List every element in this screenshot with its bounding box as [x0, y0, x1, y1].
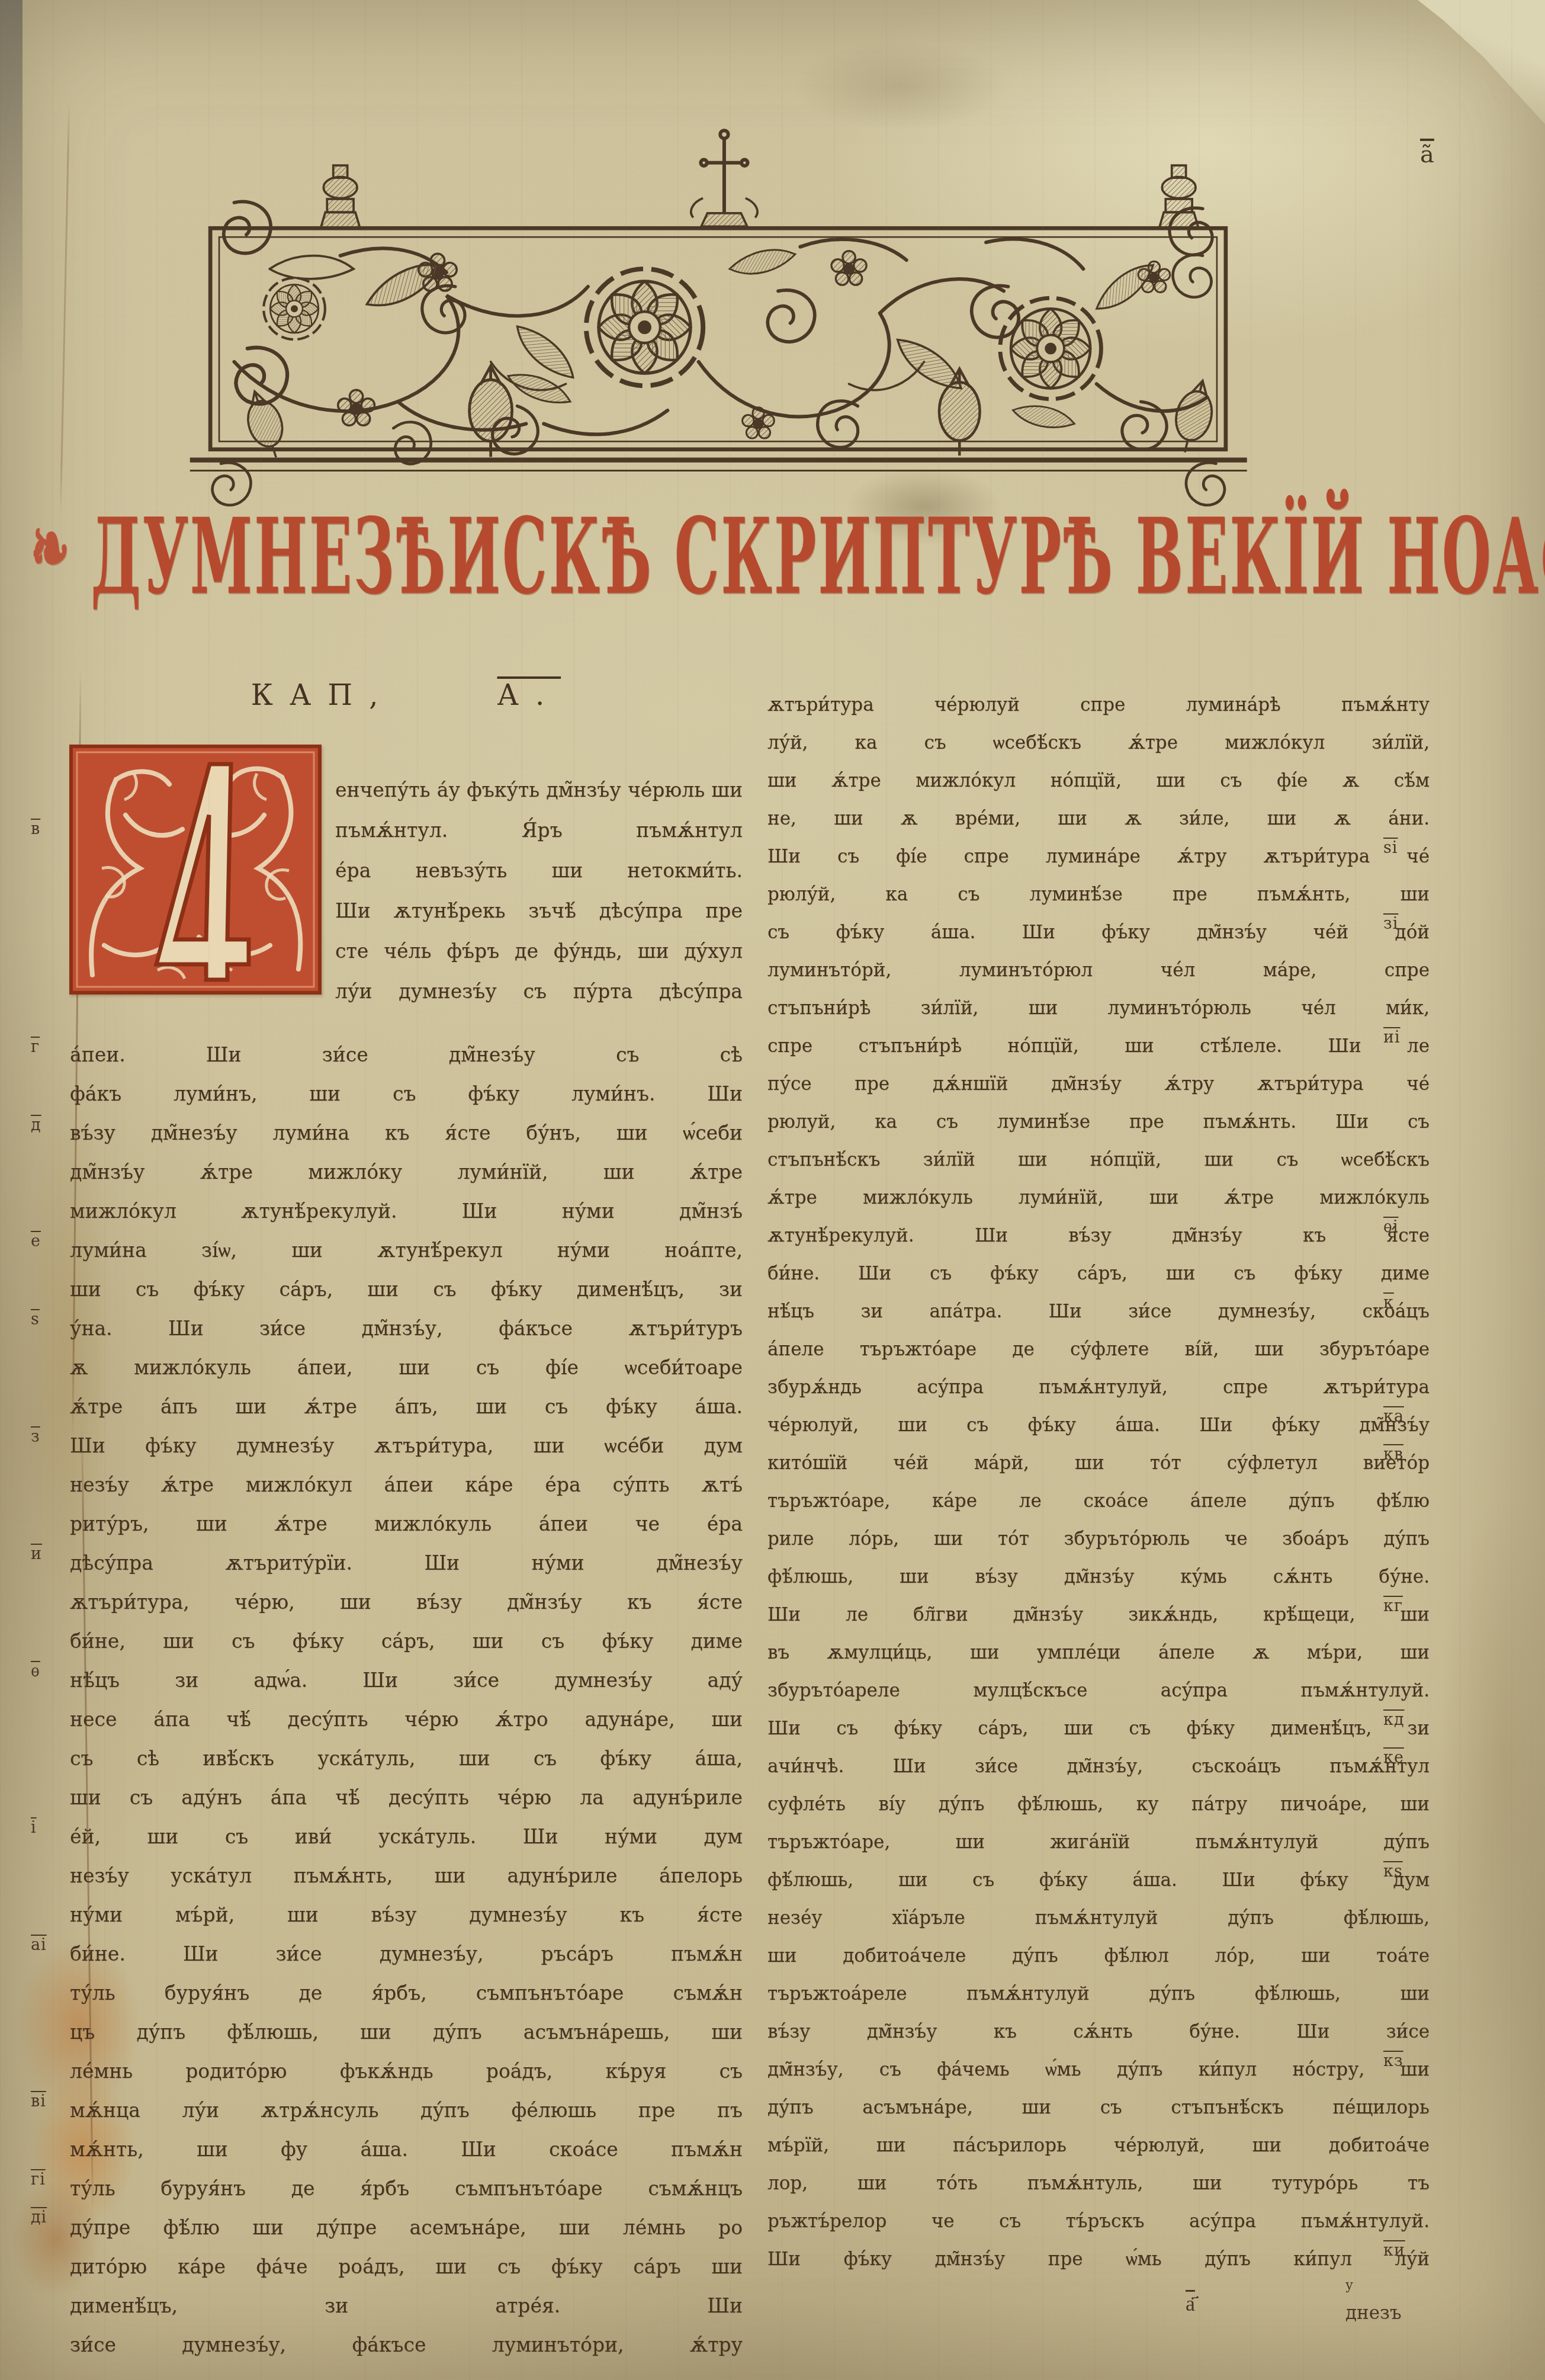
text-line: дито́рю ка́ре фа́че роа́дъ, ши съ фъ́ку … [70, 2247, 743, 2286]
verse-number: кз [1383, 2052, 1403, 2070]
left-column-indent-lines: енчепу́ть а́у фъку́ть дм̃нзъ́у че́рюль ш… [335, 770, 743, 1012]
verse-number: аі [31, 1936, 47, 1954]
text-line: ѫ мижло́куль а́пеи, ши съ фі́е ѡсеби́тоа… [70, 1348, 743, 1387]
verse-number: д [31, 1116, 41, 1134]
text-line: фѣ́люшь, ши въ́зу дм̃нзъ́у ку́мь сѫ́нть … [767, 1558, 1430, 1596]
text-line: мѫ́нть, ши фу а́ша. Ши скоа́се пъмѫ́н [70, 2130, 743, 2169]
verse-number: ді [31, 2208, 47, 2227]
text-line: търъжто́аре, ши жига́нїй пъмѫ́нтулуй ду́… [767, 1823, 1430, 1861]
text-line: фа́къ луми́нъ, ши съ фъ́ку луми́нъ. Ши [70, 1074, 743, 1114]
text-line: ѫтъри́тура, че́рю, ши въ́зу дм̃нзъ́у къ … [70, 1583, 743, 1622]
text-line: збуръто́ареле мулцѣ́скъсе асу́пра пъмѫ́н… [767, 1672, 1430, 1709]
verse-number: кг [1383, 1597, 1403, 1615]
text-line: незъ́у ѫ́тре мижло́кул а́пеи ка́ре е́ра … [70, 1465, 743, 1505]
verse-number: к [1383, 1294, 1394, 1312]
verse-number: е [31, 1232, 41, 1250]
text-line: у́на. Ши зи́се дм̃нзъ́у, фа́късе ѫтъри́т… [70, 1309, 743, 1348]
text-line: мѫ́нца лу́и ѫтрѫ́нсуль ду́пъ фе́люшь пре… [70, 2091, 743, 2130]
text-line: ѫтъри́тура че́рюлуй спре лумина́рѣ пъмѫ́… [767, 686, 1430, 724]
text-line: Ши съ фъ́ку са́ръ, ши съ фъ́ку дименѣ́цъ… [767, 1709, 1430, 1747]
text-line: риле ло́рь, ши то́т збуръто́рюль че збоа… [767, 1520, 1430, 1558]
text-line: Ши ѫтунѣ́рекь зъчѣ́ дѣсу́пра пре [335, 891, 743, 931]
text-line: а́пеи. Ши зи́се дм̃незъ́у съ сѣ [70, 1035, 743, 1074]
text-line: ѫ́тре а́пъ ши ѫ́тре а́пъ, ши съ фъ́ку а́… [70, 1387, 743, 1426]
cross-finial-icon [691, 130, 757, 226]
text-line: ту́ль буруя́нъ де я́рбъ съмпънъто́аре съ… [70, 2169, 743, 2208]
text-line: дименѣ́цъ, зи атре́я. Ши [70, 2286, 743, 2326]
text-line: въ́зу дм̃незъ́у луми́на къ я́сте бу́нъ, … [70, 1114, 743, 1153]
text-line: търъжто́аре, ка́ре ле скоа́се а́пеле ду́… [767, 1482, 1430, 1520]
verse-number: кв [1383, 1445, 1403, 1464]
text-line: збурѫ́ндь асу́пра пъмѫ́нтулуй, спре ѫтър… [767, 1368, 1430, 1406]
text-line: ачи́нчѣ. Ши зи́се дм̃нзъ́у, съскоа́цъ пъ… [767, 1747, 1430, 1785]
text-line: съ фъ́ку а́ша. Ши фъ́ку дм̃нзъ́у че́й до… [767, 913, 1430, 951]
text-line: Ши фъ́ку думнезъ́у ѫтъри́тура, ши ѡсе́би… [70, 1426, 743, 1465]
text-line: нѣ́цъ зи адѡ́а. Ши зи́се думнезъ́у аду́ [70, 1661, 743, 1700]
text-line: Ши ле бл̃гви дм̃нзъ́у зикѫ́ндь, крѣ́щеци… [767, 1596, 1430, 1634]
quire-signature: а҃ [1186, 2291, 1195, 2316]
verse-number: кѕ [1383, 1862, 1403, 1881]
text-line: луми́на зі́ѡ, ши ѫтунѣ́рекул ну́ми ноа́п… [70, 1231, 743, 1270]
verse-number: ки [1383, 2241, 1405, 2260]
text-line: ду́пъ асъмъна́ре, ши съ стъпънѣ́скъ пе́щ… [767, 2089, 1430, 2126]
text-line: ту́ль буруя́нъ де я́рбъ, съмпънъто́аре с… [70, 1974, 743, 2013]
text-line: кито́шїй че́й ма́рй, ши то́т су́флетул в… [767, 1444, 1430, 1482]
text-line: ши добитоа́челе ду́пъ фѣ́люл ло́р, ши то… [767, 1937, 1430, 1975]
text-line: търъжтоа́реле пъмѫ́нтулуй ду́пъ фѣ́люшь,… [767, 1975, 1430, 2013]
text-line: пу́се пре дѫ́ншїй дм̃нзъ́у ѫ́тру ѫтъри́т… [767, 1065, 1430, 1103]
text-line: зи́се думнезъ́у, фа́късе луминъто́ри, ѫ́… [70, 2326, 743, 2365]
text-line: лор, ши то́ть пъмѫ́нтуль, ши тутуро́рь т… [767, 2164, 1430, 2202]
rosette-icon [1000, 298, 1101, 399]
text-line: незе́у хїа́ръле пъмѫ́нтулуй ду́пъ фѣ́люш… [767, 1899, 1430, 1937]
text-line: ѫ́тре мижло́куль луми́нїй, ши ѫ́тре мижл… [767, 1179, 1430, 1217]
text-line: ши ѫ́тре мижло́кул но́пцїй, ши съ фі́е ѫ… [767, 762, 1430, 800]
verse-number: ѕ [31, 1310, 40, 1329]
verse-number: г [31, 1038, 40, 1056]
headpiece-woodcut-icon [34, 127, 1403, 477]
text-line: лу́и думнезъ́у съ пу́рта дѣсу́пра [335, 971, 743, 1012]
book-page: а̃ ❧ ДУМНЕЗѢИСКѢ СКРИПТУРѢ ВЕКЇЙ НОАѠѪ Ф… [0, 0, 1545, 2380]
text-line: ши съ аду́нъ а́па чѣ́ десу́пть че́рю ла … [70, 1778, 743, 1817]
verse-number: иі [1383, 1028, 1401, 1047]
text-line: рюлу́й, ка съ луминѣ́зе пре пъмѫ́нть, ши [767, 875, 1430, 913]
text-line: мижло́кул ѫтунѣ́рекулуй. Ши ну́ми дм̃нзъ… [70, 1192, 743, 1231]
text-line: е́й, ши съ иви́ уска́туль. Ши ну́ми дум [70, 1817, 743, 1856]
text-line: е́ра невъзу́ть ши нетокми́ть. [335, 851, 743, 891]
verse-number: ві [31, 2092, 46, 2110]
chapter-number: А. [497, 679, 561, 712]
text-line: сте че́ль фъ́ръ де фу́ндь, ши ду́хул [335, 931, 743, 971]
rosette-icon [586, 269, 703, 386]
text-line: несе а́па чѣ́ десу́пть че́рю ѫ́тро адуна… [70, 1700, 743, 1739]
text-line: суфле́ть ві́у ду́пъ фѣ́люшь, ку па́тру п… [767, 1785, 1430, 1823]
text-line: въ ѫмулци́ць, ши умпле́ци а́пеле ѫ мъ́ри… [767, 1634, 1430, 1672]
text-line: ши съ фъ́ку са́ръ, ши съ фъ́ку дименѣ́цъ… [70, 1270, 743, 1309]
title-text: ДУМНЕЗѢИСКѢ СКРИПТУРѢ ВЕКЇЙ НОАѠѪ ФАЧЕРѢ [91, 496, 1545, 618]
text-line: че́рюлуй, ши съ фъ́ку а́ша. Ши фъ́ку дм̃… [767, 1406, 1430, 1444]
text-line: въ́зу дм̃нзъ́у къ сѫ́нть бу́не. Ши зи́се [767, 2013, 1430, 2051]
thistle-icon [1168, 377, 1219, 457]
book-title: ❧ ДУМНЕЗѢИСКѢ СКРИПТУРѢ ВЕКЇЙ НОАѠѪ ФАЧЕ… [31, 496, 1514, 618]
text-line: би́не. Ши зи́се думнезъ́у, ръса́ръ пъмѫ́… [70, 1935, 743, 1974]
verse-number: ѕі [1383, 839, 1398, 857]
verse-number: в [31, 820, 40, 838]
text-line: дѣсу́пра ѫтъриту́рїи. Ши ну́ми дм̃незъ́у [70, 1544, 743, 1583]
rosette-icon [264, 278, 325, 339]
text-line: енчепу́ть а́у фъку́ть дм̃нзъ́у че́рюль ш… [335, 770, 743, 810]
text-line: риту́ръ, ши ѫ́тре мижло́куль а́пеи че е́… [70, 1505, 743, 1544]
chapter-label: КАП, [251, 679, 395, 712]
text-line: съ сѣ ивѣ́скъ уска́туль, ши съ фъ́ку а́ш… [70, 1739, 743, 1778]
text-line: стъпъни́рѣ зи́лїй, ши луминъто́рюль че́л… [767, 989, 1430, 1027]
verse-number: з [31, 1428, 40, 1446]
stain [1439, 1493, 1545, 2026]
text-line: рюлуй, ка съ луминѣ́зе пре пъмѫ́нть. Ши … [767, 1103, 1430, 1141]
text-line: ду́пре фѣ́лю ши ду́пре асемъна́ре, ши ле… [70, 2208, 743, 2247]
text-line: дм̃нзъ́у ѫ́тре мижло́ку луми́нїй, ши ѫ́т… [70, 1153, 743, 1192]
text-line: ѫтунѣ́рекулуй. Ши въ́зу дм̃нзъ́у къ я́ст… [767, 1217, 1430, 1255]
left-column: а́пеи. Ши зи́се дм̃незъ́у съ сѣфа́къ лум… [70, 1035, 743, 2365]
verse-number: і [31, 1818, 37, 1837]
right-column: ѫтъри́тура че́рюлуй спре лумина́рѣ пъмѫ́… [767, 686, 1430, 2278]
text-line: лу́й, ка съ ѡсебѣ́скъ ѫ́тре мижло́кул зи… [767, 724, 1430, 762]
text-line: дм̃нзъ́у, съ фа́чемь ѡ́мь ду́пъ ки́пул н… [767, 2051, 1430, 2089]
text-line: а́пеле търъжто́аре де су́флете ві́й, ши … [767, 1330, 1430, 1368]
text-line: мъ́рїй, ши па́сърилорь че́рюлуй, ши доби… [767, 2126, 1430, 2164]
baluster-finial-icon [1159, 165, 1199, 227]
text-line: Ши фъ́ку дм̃нзъ́у пре ѡ́мь ду́пъ ки́пул … [767, 2240, 1430, 2278]
text-line: луминъто́рй, луминъто́рюл че́л ма́ре, сп… [767, 951, 1430, 989]
verse-number: ѳ [31, 1662, 40, 1680]
verse-number: ѳі [1383, 1218, 1399, 1236]
page-edge-shadow [0, 0, 23, 379]
text-line: цъ ду́пъ фѣ́люшь, ши ду́пъ асъмъна́решь,… [70, 2013, 743, 2052]
text-line: стъпънѣ́скъ зи́лїй ши но́пцїй, ши съ ѡсе… [767, 1141, 1430, 1179]
verse-number: ке [1383, 1749, 1404, 1767]
text-line: незъ́у уска́тул пъмѫ́нть, ши адунъ́риле … [70, 1856, 743, 1895]
verse-number: зі [1383, 915, 1398, 933]
text-line: ле́мнь родито́рю фъкѫ́ндь роа́дъ, къ́руя… [70, 2052, 743, 2091]
text-line: пъмѫ́нтул. Я́ръ пъмѫ́нтул [335, 810, 743, 851]
baluster-finial-icon [321, 165, 360, 227]
right-margin-verse-numbers: ѕізіиіѳіккаквкгкдкекѕкзки [1383, 0, 1431, 2380]
text-line: би́не, ши съ фъ́ку са́ръ, ши съ фъ́ку ди… [70, 1622, 743, 1661]
text-line: би́не. Ши съ фъ́ку са́ръ, ши съ фъ́ку ди… [767, 1255, 1430, 1292]
stain [794, 41, 1007, 130]
text-line: фѣ́люшь, ши съ фъ́ку а́ша. Ши фъ́ку дум [767, 1861, 1430, 1899]
text-line: ну́ми мъ́рй, ши въ́зу думнезъ́у къ я́сте [70, 1895, 743, 1935]
text-line: спре стъпъни́рѣ но́пцїй, ши стѣ́леле. Ши… [767, 1027, 1430, 1065]
text-line: не, ши ѫ вре́ми, ши ѫ зи́ле, ши ѫ а́ни. [767, 800, 1430, 838]
verse-number: и [31, 1545, 42, 1563]
verse-number: гі [31, 2170, 46, 2189]
chapter-heading: КАП, А. [70, 679, 742, 712]
catchword: у днезъ [1345, 2278, 1402, 2324]
text-line: Ши съ фі́е спре лумина́ре ѫ́тру ѫтъри́ту… [767, 838, 1430, 875]
verse-number: ка [1383, 1407, 1404, 1426]
text-line: нѣ́цъ зи апа́тра. Ши зи́се думнезъ́у, ск… [767, 1292, 1430, 1330]
ornate-initial-icon [69, 744, 322, 995]
text-line: ръжтъ́релор че съ тъ́ръскъ асу́пра пъмѫ́… [767, 2202, 1430, 2240]
verse-number: кд [1383, 1711, 1405, 1729]
thistle-icon [470, 366, 512, 457]
left-margin-verse-numbers: вгдеѕзиѳіаівігіді [31, 0, 78, 2380]
